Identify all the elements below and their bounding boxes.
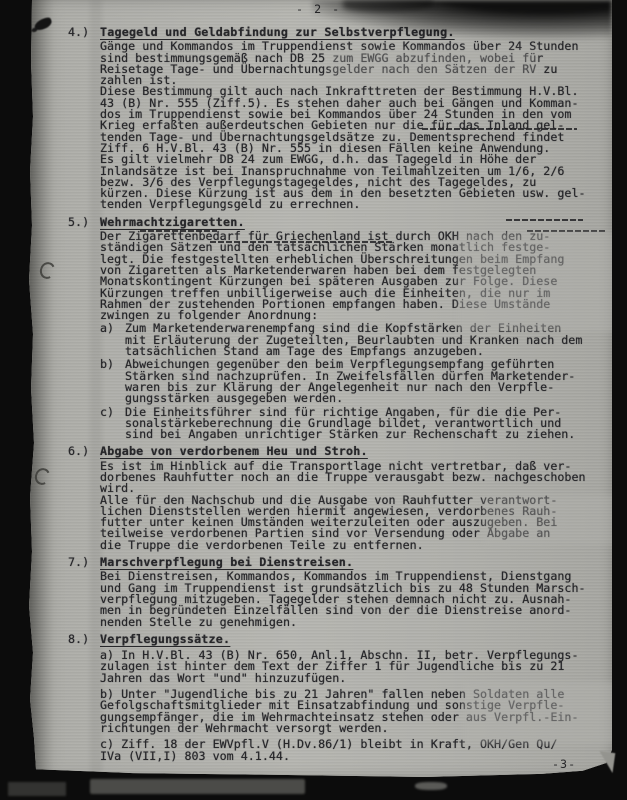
item-label: c) [100, 407, 125, 441]
section-number: 6.) [68, 446, 89, 457]
item-text: In H.V.Bl. 43 (B) Nr. 650, Anl.1, Abschn… [100, 648, 579, 685]
punch-hole-mark [33, 466, 53, 487]
section-number: 5.) [68, 217, 89, 228]
item-text: Unter "Jugendliche bis zu 21 Jahren" fal… [100, 687, 578, 735]
scanned-document-photo: - 2 - 4.) Tagegeld und Geldabfindung zur… [0, 0, 627, 800]
page-number-top: - 2 - [296, 4, 341, 15]
item-text: Zum Marketenderwarenempfang sind die Kop… [125, 323, 582, 357]
item-label: a) [100, 323, 125, 357]
section-number: 7.) [68, 557, 89, 568]
section-5: 5.) Wehrmachtzigaretten. Der Zigarettenb… [68, 217, 613, 441]
list-item-b: b) Unter "Jugendliche bis zu 21 Jahren" … [100, 689, 613, 734]
page-content: 4.) Tagegeld und Geldabfindung zur Selbs… [68, 27, 613, 762]
paragraph: Der Zigarettenbedarf für Griechenland is… [100, 231, 613, 321]
document-page: - 2 - 4.) Tagegeld und Geldabfindung zur… [28, 0, 612, 777]
section-heading: Abgabe von verdorbenem Heu und Stroh. [100, 444, 368, 458]
page-number-bottom: -3- [552, 759, 576, 770]
paragraph: Bei Dienstreisen, Kommandos, Kommandos i… [100, 571, 613, 627]
scan-shadow-top [343, 0, 433, 12]
item-text: Ziff. 18 der EWVpfl.V (H.Dv.86/1) bleibt… [100, 737, 557, 762]
paragraph: Es ist im Hinblick auf die Transportlage… [100, 461, 613, 551]
item-label: b) [100, 359, 125, 404]
section-6: 6.) Abgabe von verdorbenem Heu und Stroh… [68, 446, 613, 551]
section-number: 8.) [68, 634, 89, 645]
scan-border-patch [90, 779, 305, 794]
section-heading: Verpflegungssätze. [100, 632, 230, 646]
paragraph: Gänge und Kommandos im Truppendienst sow… [100, 41, 613, 210]
list-item-c: c) Ziff. 18 der EWVpfl.V (H.Dv.86/1) ble… [100, 739, 613, 762]
section-number: 4.) [68, 27, 89, 38]
scan-border-patch [415, 782, 447, 790]
list-item-b: b) Abweichungen gegenüber den beim Verpf… [100, 359, 613, 404]
underline-mark [506, 219, 583, 221]
scan-border-patch [8, 782, 66, 796]
underline-mark [422, 128, 577, 130]
list-item-a: a) In H.V.Bl. 43 (B) Nr. 650, Anl.1, Abs… [100, 650, 613, 684]
section-heading: Marschverpflegung bei Dienstreisen. [100, 555, 353, 569]
ink-blot-mark [33, 16, 53, 31]
section-4: 4.) Tagegeld und Geldabfindung zur Selbs… [68, 27, 613, 211]
list-item-a: a) Zum Marketenderwarenempfang sind die … [100, 323, 613, 357]
section-8: 8.) Verpflegungssätze. a) In H.V.Bl. 43 … [68, 634, 613, 762]
section-heading: Tagegeld und Geldabfindung zur Selbstver… [100, 25, 455, 39]
item-text: Abweichungen gegenüber den beim Verpfleg… [125, 359, 575, 404]
underline-mark [527, 230, 605, 232]
item-text: Die Einheitsführer sind für richtige Ang… [125, 407, 575, 441]
punch-hole-mark [38, 260, 58, 281]
section-heading: Wehrmachtzigaretten. [100, 215, 245, 229]
section-7: 7.) Marschverpflegung bei Dienstreisen. … [68, 557, 613, 628]
underline-mark [210, 241, 393, 243]
underline-mark [140, 230, 217, 232]
paper-corner-tear [597, 751, 616, 773]
list-item-c: c) Die Einheitsführer sind für richtige … [100, 407, 613, 441]
